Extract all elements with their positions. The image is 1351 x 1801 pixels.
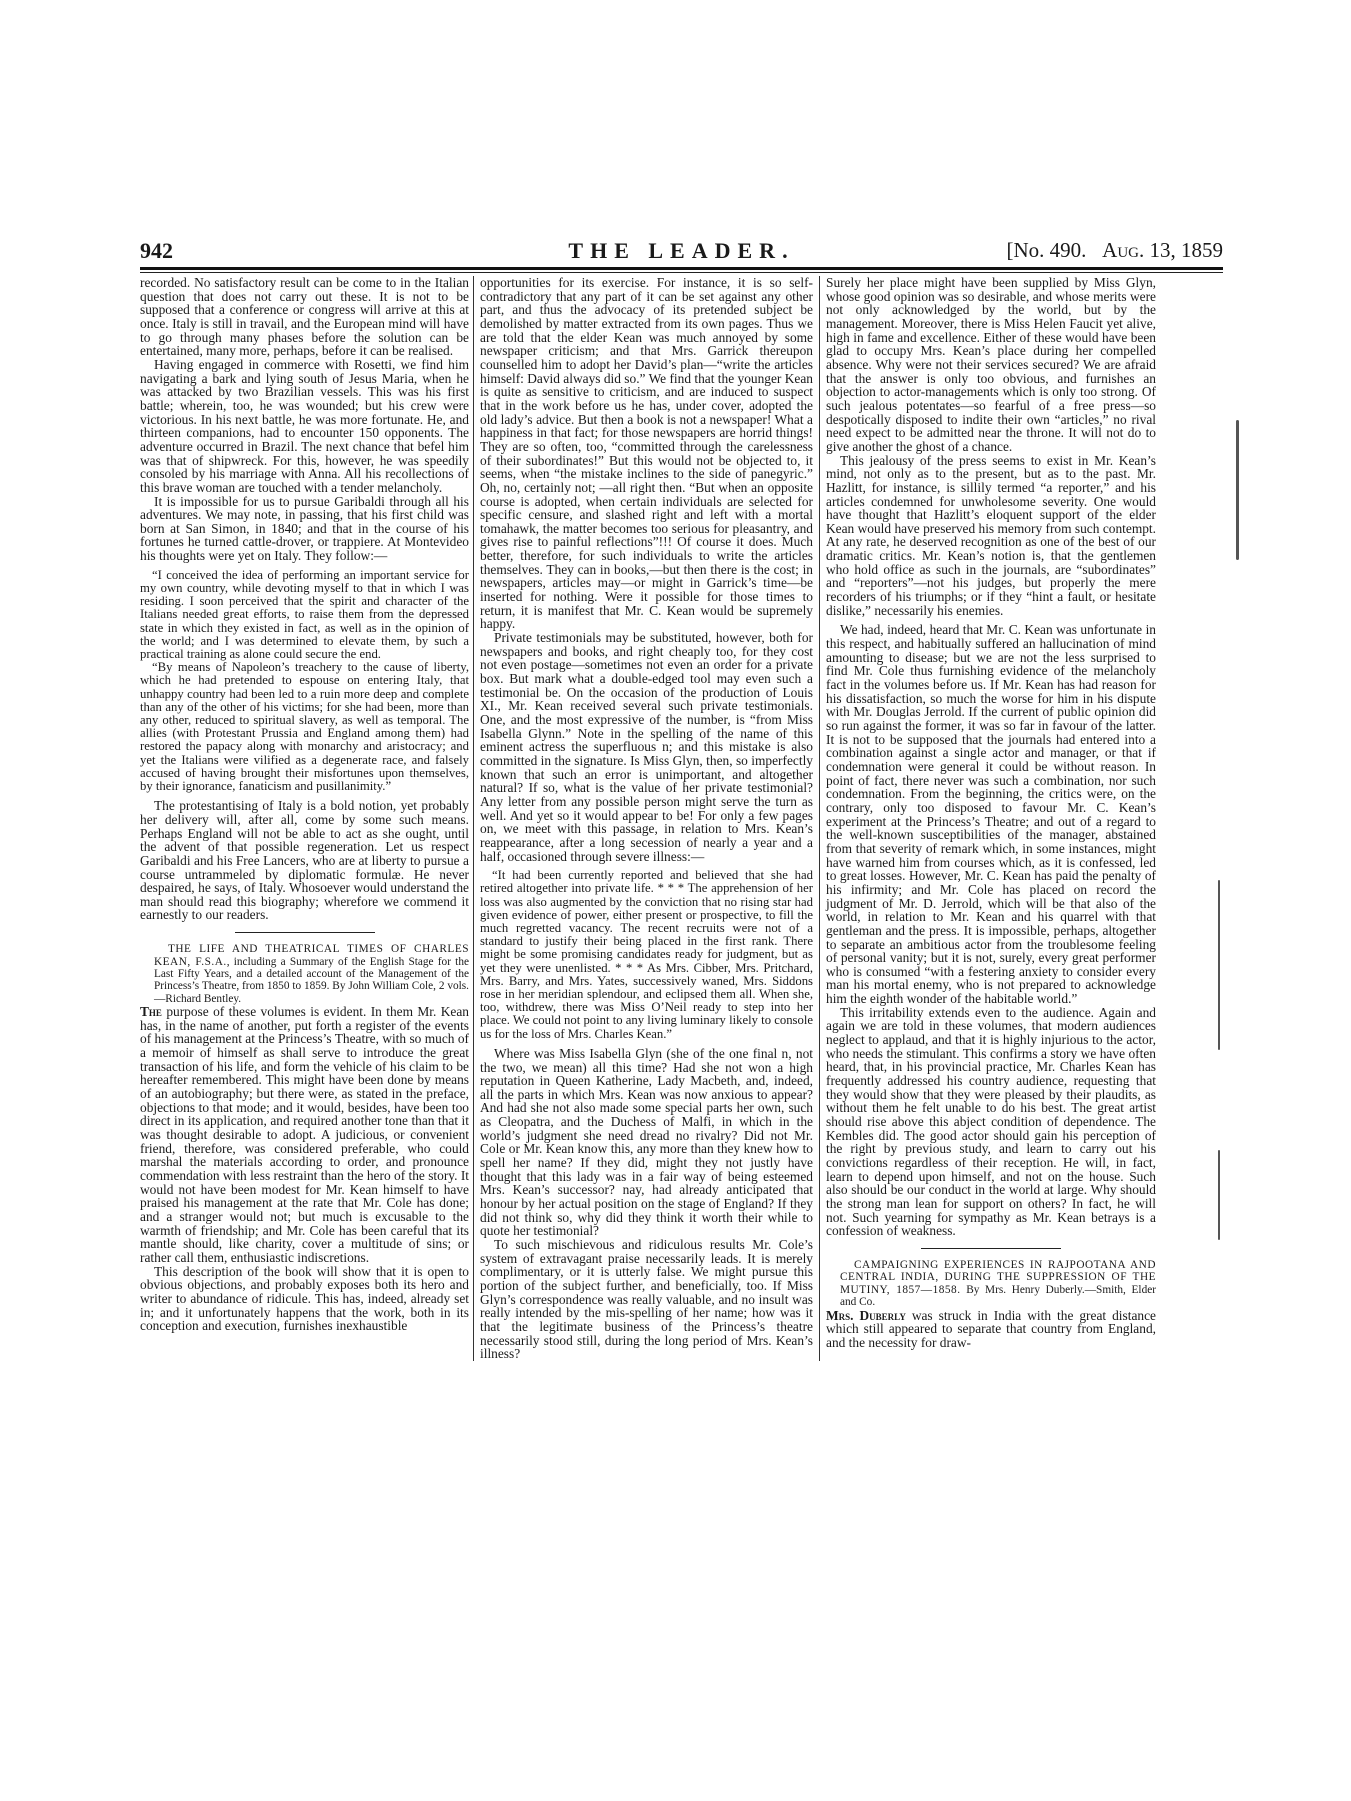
paragraph: opportunities for its exercise. For inst…	[480, 276, 813, 631]
scan-edge-mark	[1218, 880, 1220, 1050]
paragraph: This irritability extends even to the au…	[826, 1006, 1156, 1238]
paragraph: We had, indeed, heard that Mr. C. Kean w…	[826, 623, 1156, 1005]
column-right: Surely her place might have been supplie…	[820, 276, 1160, 1361]
masthead-rule-thin	[140, 272, 1223, 273]
paragraph: It is impossible for us to pursue Gariba…	[140, 495, 469, 563]
paragraph: The protestantising of Italy is a bold n…	[140, 799, 469, 922]
paragraph: recorded. No satisfactory result can be …	[140, 276, 469, 358]
newspaper-page: 942 THE LEADER. [No. 490. Aug. 13, 1859 …	[140, 236, 1223, 1361]
paragraph: Mrs. Duberly was struck in India with th…	[826, 1309, 1156, 1350]
issue-info: [No. 490. Aug. 13, 1859	[1006, 238, 1223, 263]
paragraph: Surely her place might have been supplie…	[826, 276, 1156, 454]
block-quote: “By means of Napoleon’s treachery to the…	[140, 661, 469, 793]
scan-edge-mark	[1236, 420, 1239, 560]
masthead-rule	[140, 267, 1223, 270]
paragraph: The purpose of these volumes is evident.…	[140, 1005, 469, 1264]
section-divider	[235, 932, 375, 933]
issue-number: [No. 490.	[1006, 238, 1086, 262]
issue-date: Aug. 13, 1859	[1102, 238, 1223, 262]
block-quote: “I conceived the idea of performing an i…	[140, 569, 469, 661]
masthead: 942 THE LEADER. [No. 490. Aug. 13, 1859	[140, 236, 1223, 266]
section-divider	[921, 1248, 1061, 1249]
block-quote: “It had been currently reported and beli…	[480, 869, 813, 1041]
article-columns: recorded. No satisfactory result can be …	[140, 276, 1223, 1361]
paragraph: This jealousy of the press seems to exis…	[826, 454, 1156, 618]
paragraph-text: purpose of these volumes is evident. In …	[140, 1004, 469, 1265]
paragraph: To such mischievous and ridiculous resul…	[480, 1238, 813, 1361]
review-heading: The Life and Theatrical Times of Charles…	[140, 943, 469, 1005]
paragraph: Private testimonials may be substituted,…	[480, 631, 813, 863]
review-heading: Campaigning Experiences in Rajpootana an…	[826, 1259, 1156, 1309]
column-left: recorded. No satisfactory result can be …	[140, 276, 474, 1361]
column-middle: opportunities for its exercise. For inst…	[474, 276, 820, 1361]
paragraph: Where was Miss Isabella Glyn (she of the…	[480, 1047, 813, 1238]
scan-edge-mark	[1218, 1150, 1220, 1240]
paragraph: Having engaged in commerce with Rosetti,…	[140, 358, 469, 495]
paragraph: This description of the book will show t…	[140, 1265, 469, 1333]
